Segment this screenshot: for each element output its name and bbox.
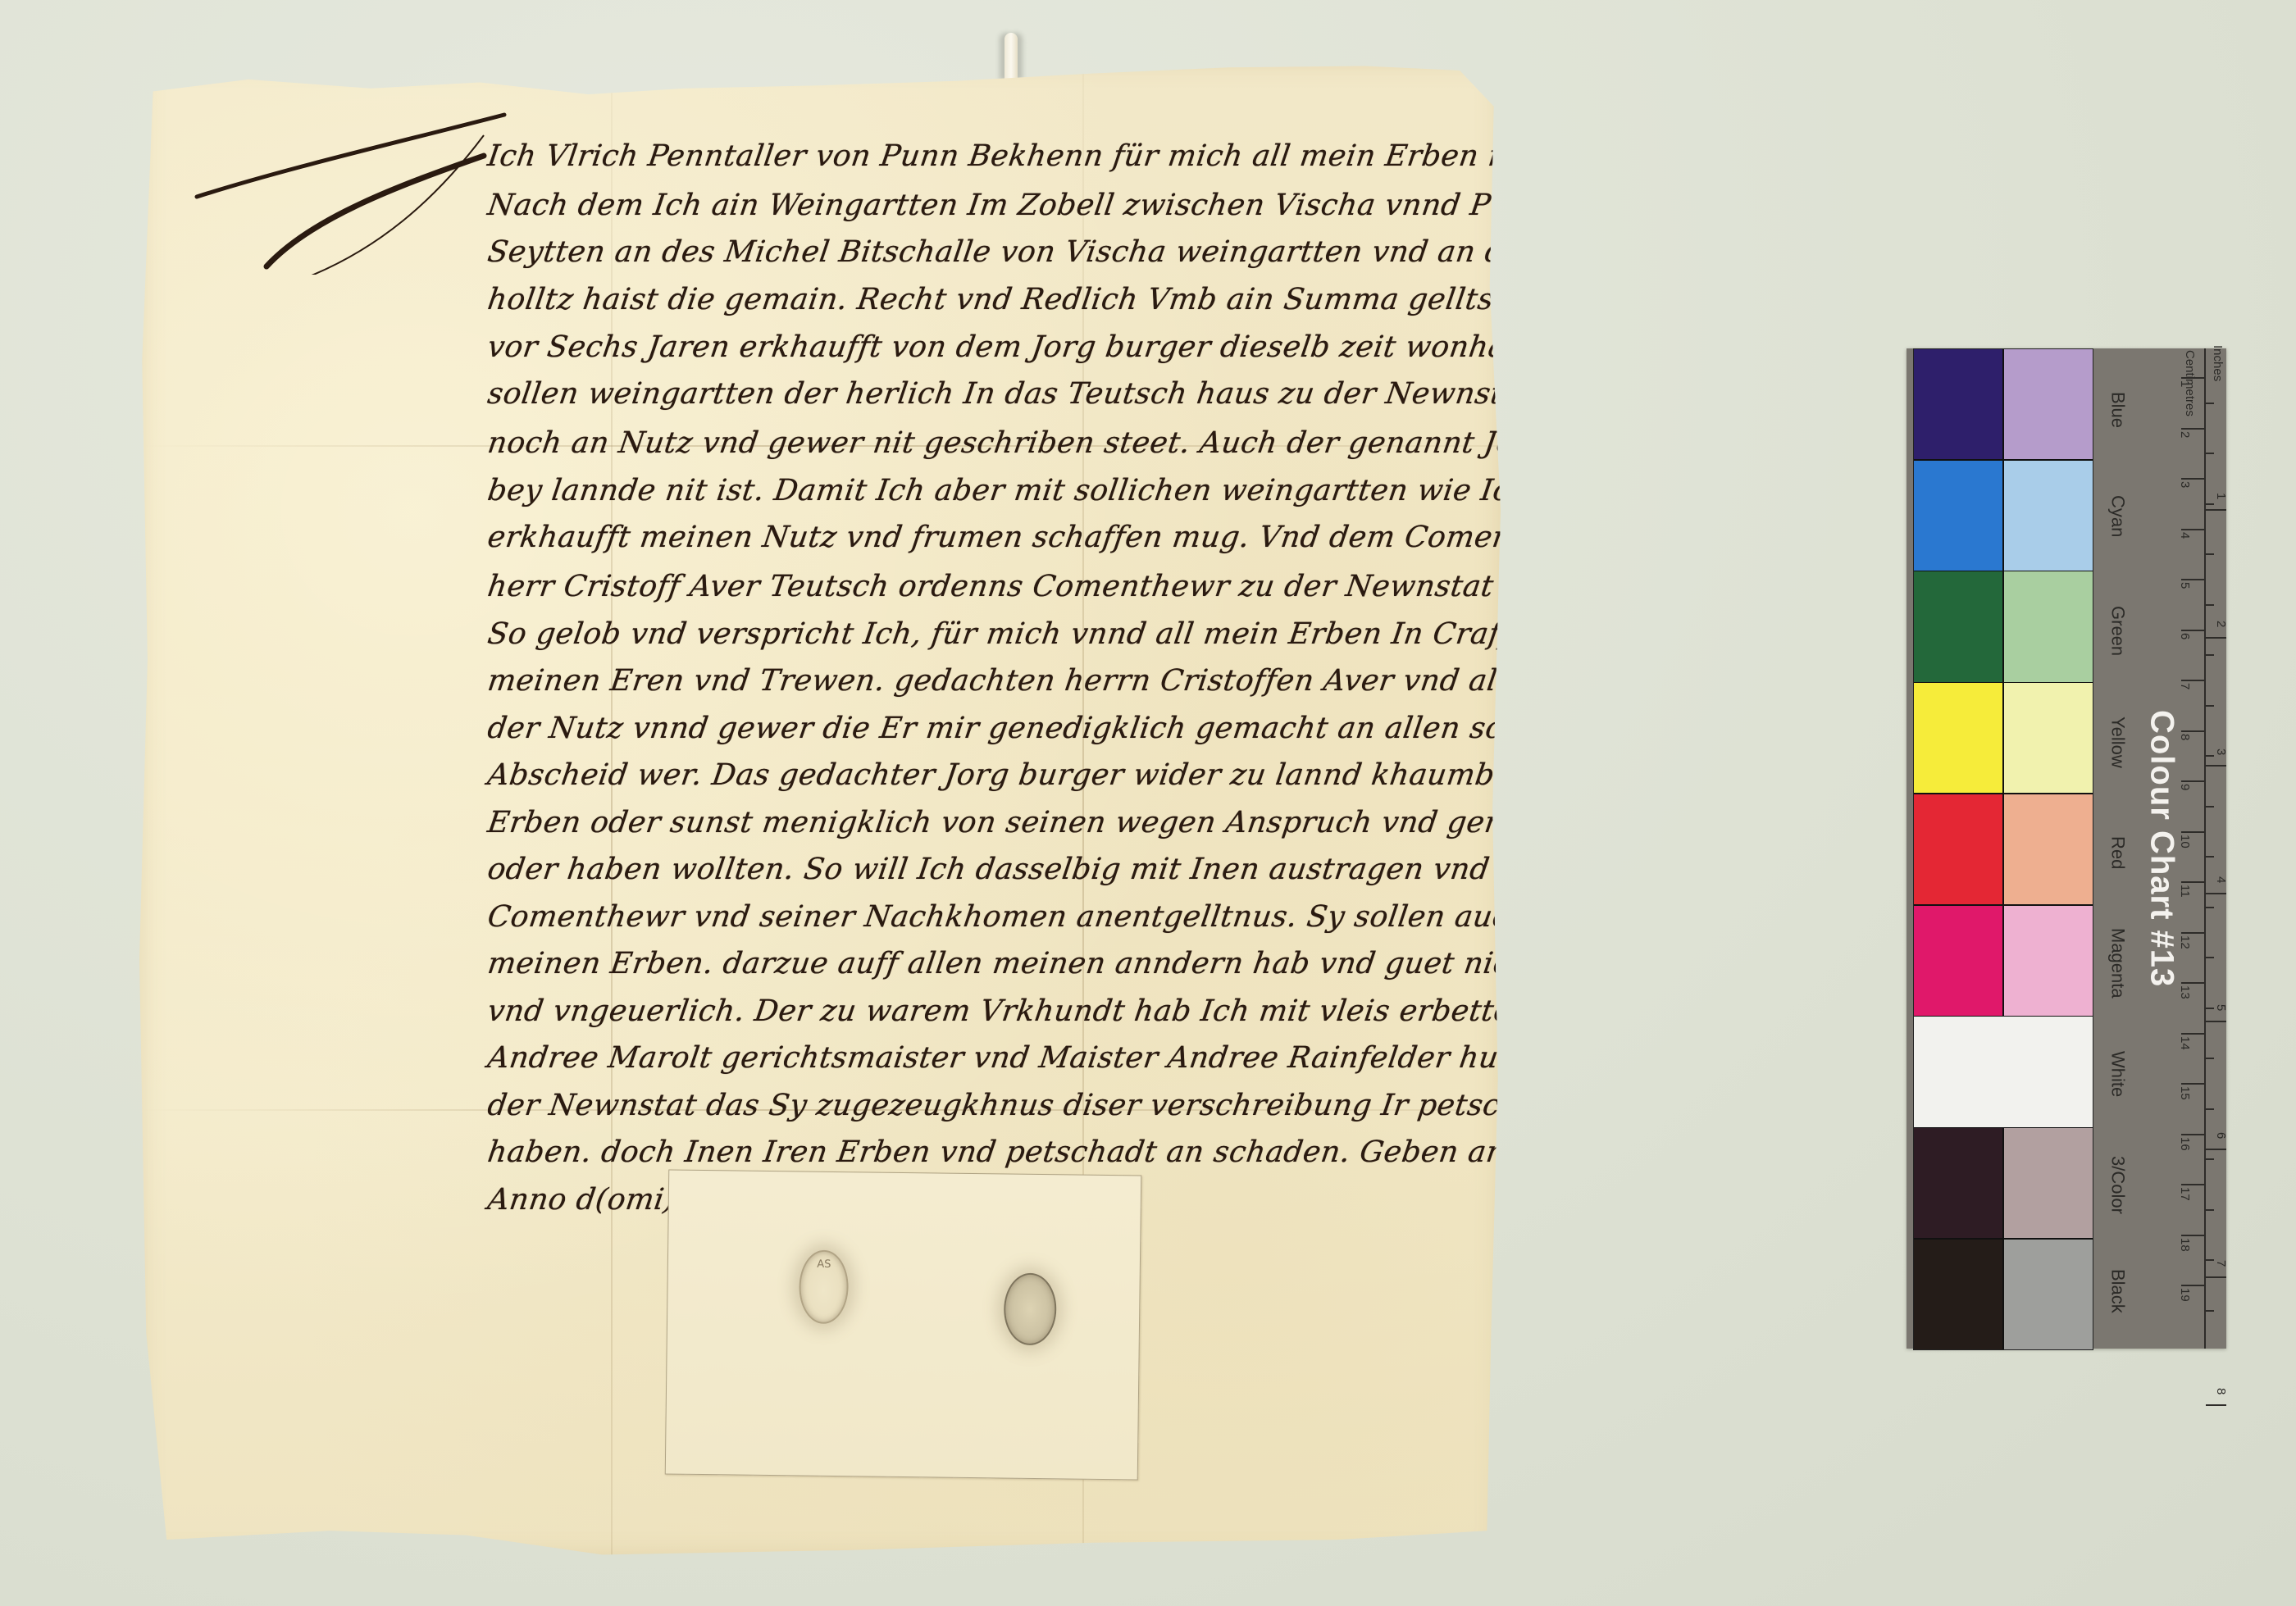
patch-red-light (2004, 794, 2093, 904)
inch-tick (2206, 637, 2226, 639)
seal-impression-left: AS (799, 1249, 849, 1324)
label-magenta: Magenta (2095, 902, 2140, 1025)
label-yellow: Yellow (2095, 680, 2140, 803)
cm-tick-label: 11 (2178, 885, 2192, 898)
cm-tick-label: 9 (2178, 784, 2192, 790)
patch-black-light (2004, 1240, 2093, 1349)
inch-tick-label: 5 (2214, 1004, 2228, 1011)
patch-cyan-dark (1914, 461, 2002, 571)
cm-tick-label: 13 (2178, 985, 2192, 999)
inch-tick-label: 7 (2214, 1260, 2228, 1267)
patch-red-dark (1914, 794, 2002, 904)
patch-magenta-light (2004, 906, 2093, 1016)
chart-title: Colour Chart #13 (2142, 348, 2181, 1349)
cm-tick (2181, 680, 2204, 681)
inch-tick (2206, 1149, 2226, 1150)
half-cm-tick (2206, 1209, 2214, 1211)
seal-initials: AS (801, 1258, 847, 1271)
patch-green-light (2004, 571, 2093, 681)
cm-tick-label: 5 (2178, 582, 2192, 589)
half-cm-tick (2206, 1158, 2214, 1160)
cm-tick (2181, 982, 2204, 984)
inch-tick (2206, 893, 2226, 894)
cm-tick-label: 2 (2178, 431, 2192, 438)
cm-tick (2181, 1083, 2204, 1085)
half-cm-tick (2206, 755, 2214, 757)
cm-tick-label: 10 (2178, 835, 2192, 848)
cm-tick-label: 8 (2178, 734, 2192, 740)
cm-tick (2181, 1033, 2204, 1035)
label-red: Red (2095, 791, 2140, 914)
inch-tick-label: 3 (2214, 748, 2228, 755)
cm-tick (2181, 377, 2204, 379)
ruler: Centimetres Inches 123456789101112131415… (2181, 348, 2226, 1349)
patch-magenta-dark (1914, 906, 2002, 1016)
cm-tick (2181, 730, 2204, 732)
patch-green-dark (1914, 571, 2002, 681)
half-cm-tick (2206, 604, 2214, 606)
patch-yellow-dark (1914, 683, 2002, 793)
patch-3color-dark (1914, 1128, 2002, 1238)
half-cm-tick (2206, 1008, 2214, 1009)
patch-yellow-light (2004, 683, 2093, 793)
patch-3color-light (2004, 1128, 2093, 1238)
cm-tick-label: 19 (2178, 1288, 2192, 1302)
cm-tick (2181, 529, 2204, 530)
cm-tick-label: 14 (2178, 1036, 2192, 1050)
label-black: Black (2095, 1230, 2140, 1353)
cm-tick-label: 18 (2178, 1238, 2192, 1252)
label-3color: 3/Color (2095, 1123, 2140, 1246)
ruler-baseline (2204, 348, 2206, 1349)
inch-tick-label: 2 (2214, 621, 2228, 627)
seal-slip: AS (665, 1169, 1142, 1480)
cm-tick-label: 4 (2178, 532, 2192, 539)
patch-labels: Blue Cyan Green Yellow Red Magenta White… (2095, 348, 2140, 1349)
cm-tick-label: 1 (2178, 380, 2192, 387)
cm-tick-label: 3 (2178, 481, 2192, 488)
cm-tick-label: 15 (2178, 1086, 2192, 1100)
cm-tick (2181, 831, 2204, 833)
half-cm-tick (2206, 503, 2214, 505)
inches-label: Inches (2211, 345, 2225, 381)
inch-tick (2206, 1276, 2226, 1278)
seal-impression-right (1004, 1273, 1057, 1346)
cm-tick (2181, 428, 2204, 430)
inch-tick (2206, 509, 2226, 511)
initial-letter-flourish (189, 111, 533, 275)
label-white: White (2095, 1012, 2140, 1135)
cm-tick (2181, 932, 2204, 934)
inch-tick (2206, 1404, 2226, 1406)
inch-tick-label: 8 (2214, 1388, 2228, 1394)
cm-tick-label: 7 (2178, 683, 2192, 689)
half-cm-tick (2206, 654, 2214, 656)
colour-calibration-chart: Blue Cyan Green Yellow Red Magenta White… (1906, 348, 2226, 1349)
half-cm-tick (2206, 1310, 2214, 1312)
half-cm-tick (2206, 1259, 2214, 1261)
patch-blue-light (2004, 349, 2093, 459)
cm-tick (2181, 579, 2204, 580)
half-cm-tick (2206, 453, 2214, 454)
half-cm-tick (2206, 553, 2214, 555)
label-green: Green (2095, 570, 2140, 693)
inch-tick-label: 1 (2214, 493, 2228, 499)
inch-tick-label: 6 (2214, 1132, 2228, 1139)
patch-blue-dark (1914, 349, 2002, 459)
cm-tick (2181, 1184, 2204, 1185)
half-cm-tick (2206, 907, 2214, 908)
attachment-strip (1004, 33, 1018, 80)
half-cm-tick (2206, 957, 2214, 958)
half-cm-tick (2206, 856, 2214, 858)
half-cm-tick (2206, 705, 2214, 707)
colour-patches (1913, 348, 2093, 1350)
cm-tick-label: 6 (2178, 633, 2192, 639)
label-cyan: Cyan (2095, 455, 2140, 578)
patch-cyan-light (2004, 461, 2093, 571)
cm-tick (2181, 1285, 2204, 1286)
cm-tick (2181, 478, 2204, 480)
inch-tick-label: 4 (2214, 876, 2228, 883)
patch-white (1914, 1017, 2093, 1126)
half-cm-tick (2206, 403, 2214, 404)
inch-tick (2206, 1021, 2226, 1022)
cm-tick-label: 17 (2178, 1187, 2192, 1201)
cm-tick (2181, 630, 2204, 631)
half-cm-tick (2206, 1108, 2214, 1110)
cm-tick-label: 12 (2178, 935, 2192, 949)
half-cm-tick (2206, 1058, 2214, 1059)
patch-black-dark (1914, 1240, 2002, 1349)
inch-tick (2206, 765, 2226, 767)
cm-tick-label: 16 (2178, 1137, 2192, 1151)
cm-tick (2181, 780, 2204, 782)
half-cm-tick (2206, 806, 2214, 808)
cm-tick (2181, 1134, 2204, 1135)
label-blue: Blue (2095, 348, 2140, 471)
cm-tick (2181, 881, 2204, 883)
cm-tick (2181, 1235, 2204, 1236)
